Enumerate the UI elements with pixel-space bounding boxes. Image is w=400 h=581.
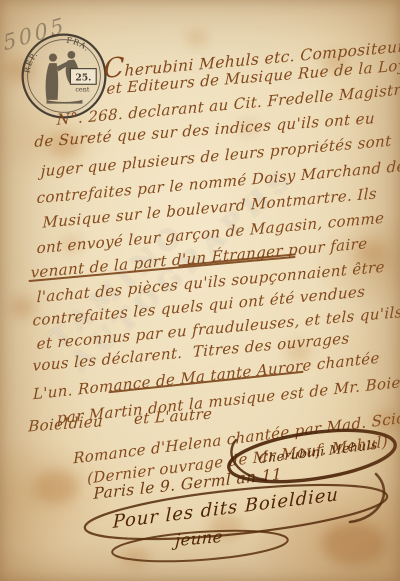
manuscript-line: Boieldieu et L'autre — [28, 407, 213, 435]
signature-flourish — [58, 466, 400, 576]
stamp-value: 25. — [75, 73, 91, 84]
manuscript-page: TAMINO AUTOGRAPHS 5005 REP. FRA. 25. cen… — [0, 0, 400, 581]
stamp-unit: cent — [75, 86, 90, 94]
signature-suffix: jeune — [175, 529, 224, 550]
foxing-spot — [186, 30, 208, 46]
